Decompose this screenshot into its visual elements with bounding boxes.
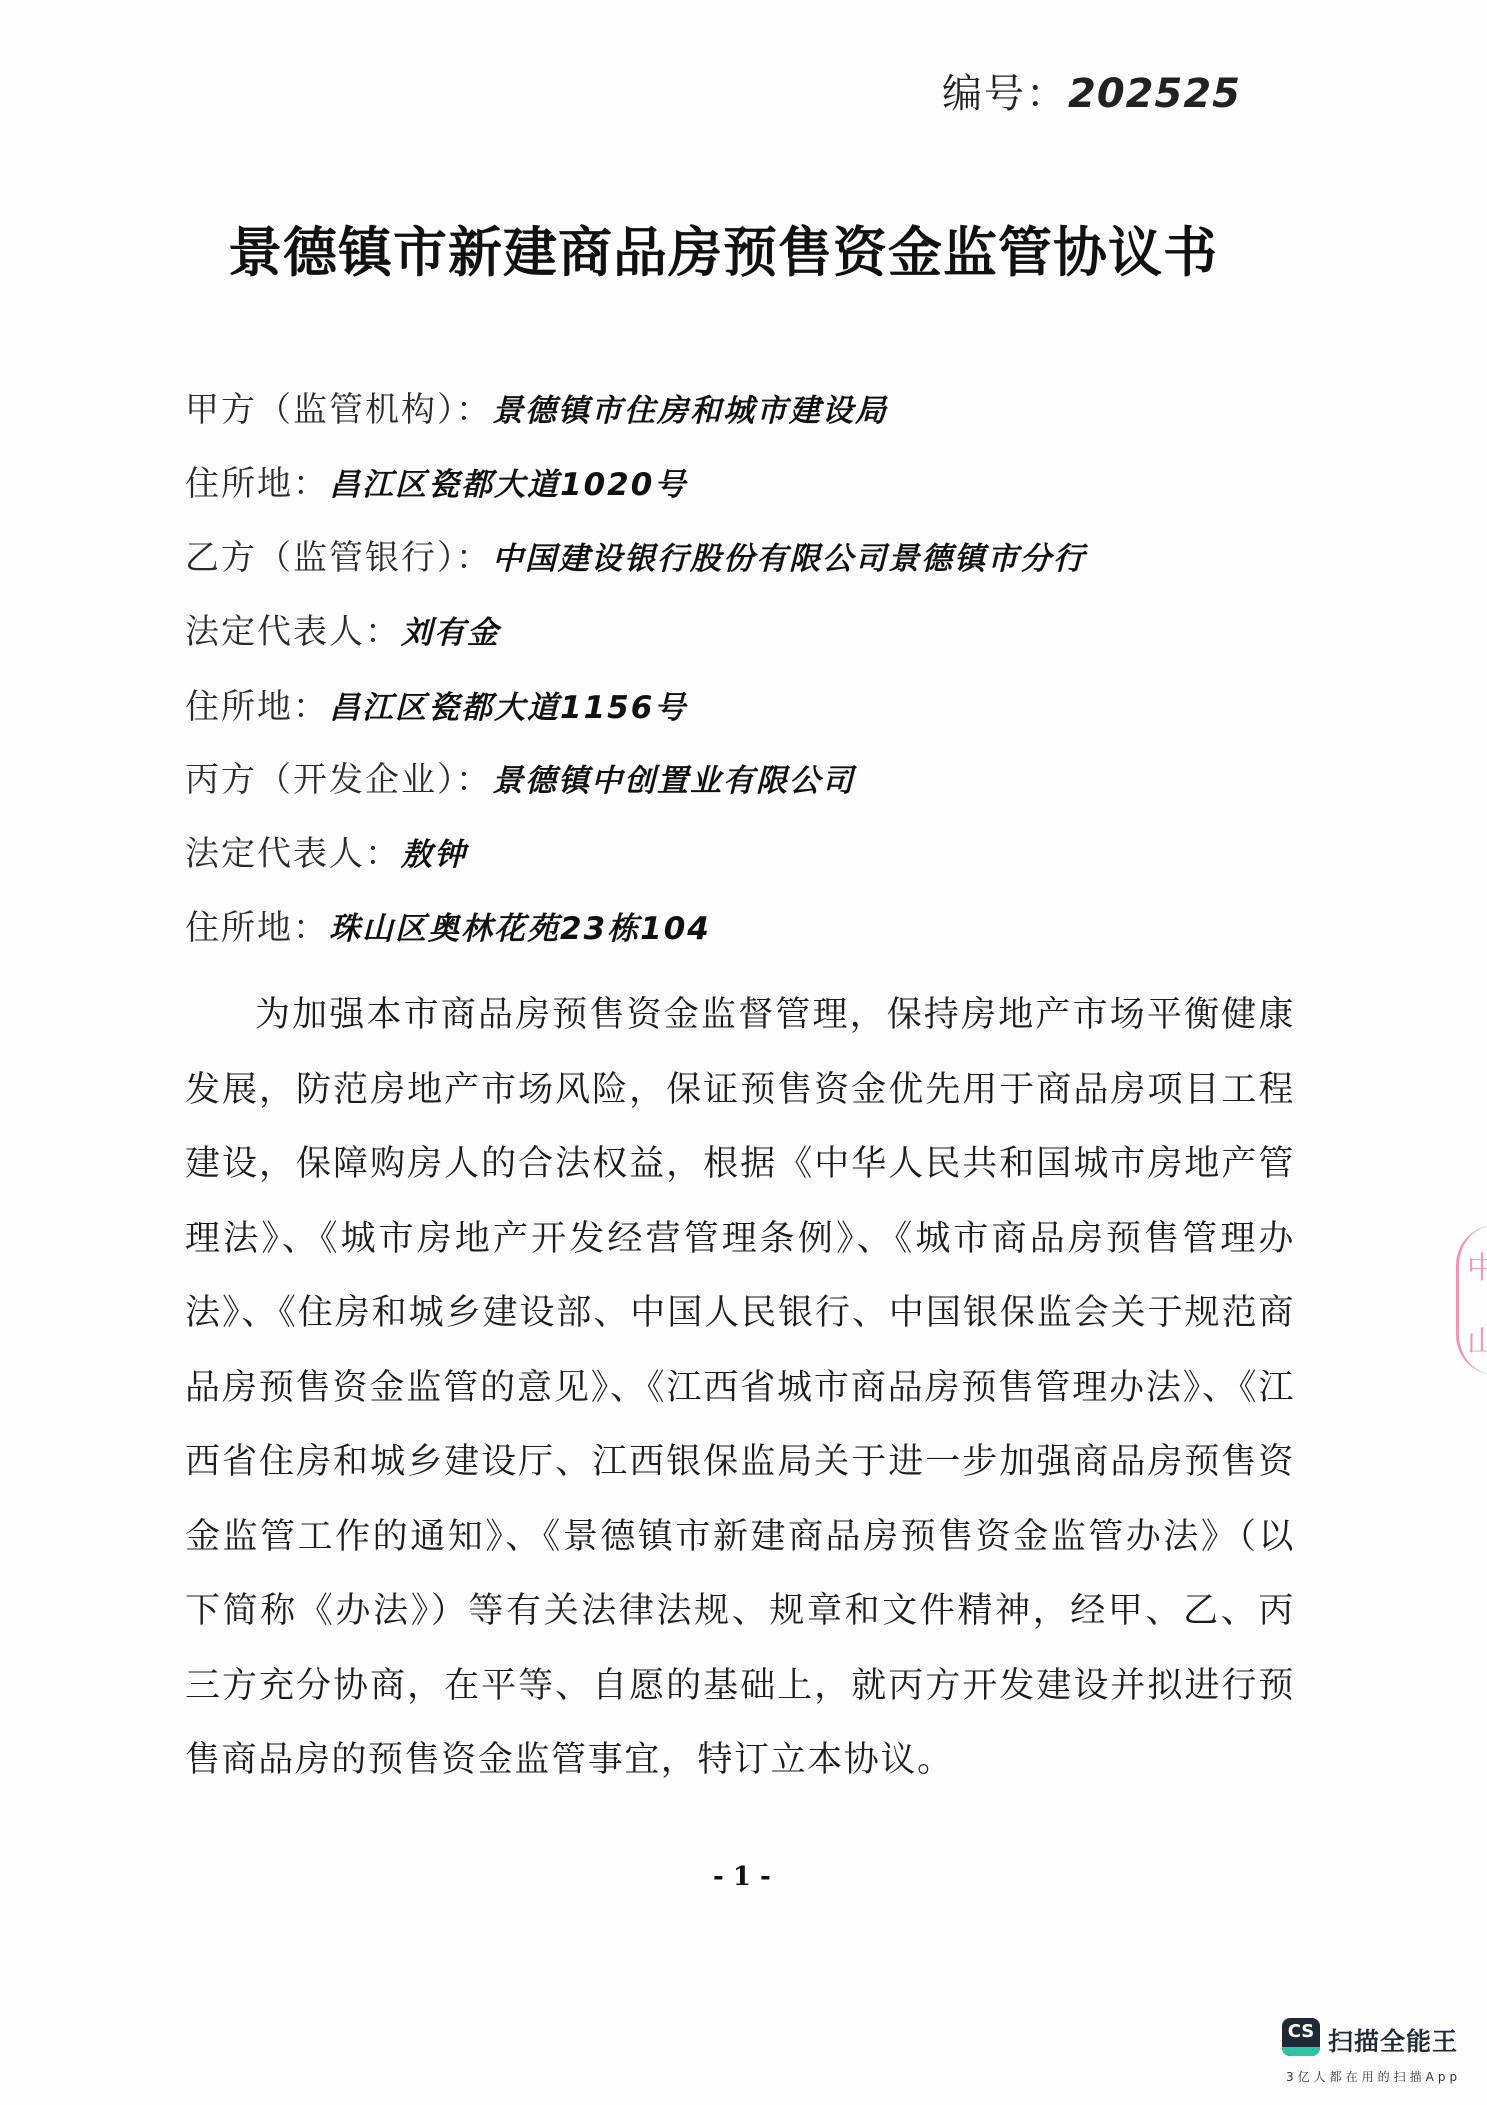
party-c-address-label: 住所地： bbox=[185, 908, 329, 948]
party-b-representative-label: 法定代表人： bbox=[185, 612, 401, 652]
party-a-value: 景德镇市住房和城市建设局 bbox=[492, 393, 888, 429]
page-number: - 1 - bbox=[713, 1862, 771, 1892]
document-title: 景德镇市新建商品房预售资金监管协议书 bbox=[228, 210, 1238, 287]
party-c-address-line: 住所地：珠山区奥林花苑23栋104 bbox=[185, 900, 711, 949]
camscanner-watermark: CS 扫描全能王 3亿人都在用的扫描App bbox=[1282, 2018, 1482, 2098]
party-c-representative-label: 法定代表人： bbox=[185, 834, 401, 874]
party-c-representative-line: 法定代表人：敖钟 bbox=[185, 826, 467, 875]
party-a-address-label: 住所地： bbox=[185, 464, 329, 504]
party-c-representative-value: 敖钟 bbox=[401, 837, 467, 873]
party-b-address-label: 住所地： bbox=[185, 687, 329, 727]
party-a-address-value: 昌江区瓷都大道1020号 bbox=[329, 467, 687, 503]
watermark-app-name: 扫描全能王 bbox=[1328, 2022, 1458, 2058]
party-a-line: 甲方（监管机构）：景德镇市住房和城市建设局 bbox=[185, 382, 888, 431]
party-c-label: 丙方（开发企业）： bbox=[185, 760, 492, 800]
party-c-address-value: 珠山区奥林花苑23栋104 bbox=[329, 911, 711, 947]
preamble-paragraph: 为加强本市商品房预售资金监督管理，保持房地产市场平衡健康发展，防范房地产市场风险… bbox=[185, 978, 1295, 1798]
logo-accent-bar bbox=[1282, 2047, 1320, 2056]
party-b-representative-line: 法定代表人：刘有金 bbox=[185, 604, 500, 653]
party-b-representative-value: 刘有金 bbox=[401, 615, 500, 651]
party-b-address-value: 昌江区瓷都大道1156号 bbox=[329, 690, 687, 726]
red-seal-stamp-fragment: 中 山 bbox=[1456, 1225, 1487, 1375]
party-a-address-line: 住所地：昌江区瓷都大道1020号 bbox=[185, 456, 687, 505]
stamp-glyph-bottom: 山 bbox=[1467, 1317, 1487, 1361]
stamp-glyph-top: 中 bbox=[1467, 1243, 1487, 1287]
party-b-value: 中国建设银行股份有限公司景德镇市分行 bbox=[492, 541, 1086, 577]
logo-text: CS bbox=[1282, 2021, 1320, 2042]
document-number-label: 编号： bbox=[942, 71, 1068, 117]
camscanner-logo-icon: CS bbox=[1282, 2018, 1320, 2056]
party-b-label: 乙方（监管银行）： bbox=[185, 538, 492, 578]
document-number: 编号：202525 bbox=[942, 62, 1241, 119]
party-b-address-line: 住所地：昌江区瓷都大道1156号 bbox=[185, 679, 687, 728]
scanned-document-page: 编号：202525 景德镇市新建商品房预售资金监管协议书 甲方（监管机构）：景德… bbox=[0, 0, 1487, 2105]
party-a-label: 甲方（监管机构）： bbox=[185, 390, 492, 430]
party-b-line: 乙方（监管银行）：中国建设银行股份有限公司景德镇市分行 bbox=[185, 530, 1086, 579]
document-number-value: 202525 bbox=[1068, 71, 1241, 117]
party-c-value: 景德镇中创置业有限公司 bbox=[492, 763, 855, 799]
watermark-tagline: 3亿人都在用的扫描App bbox=[1286, 2068, 1461, 2085]
party-c-line: 丙方（开发企业）：景德镇中创置业有限公司 bbox=[185, 752, 855, 801]
